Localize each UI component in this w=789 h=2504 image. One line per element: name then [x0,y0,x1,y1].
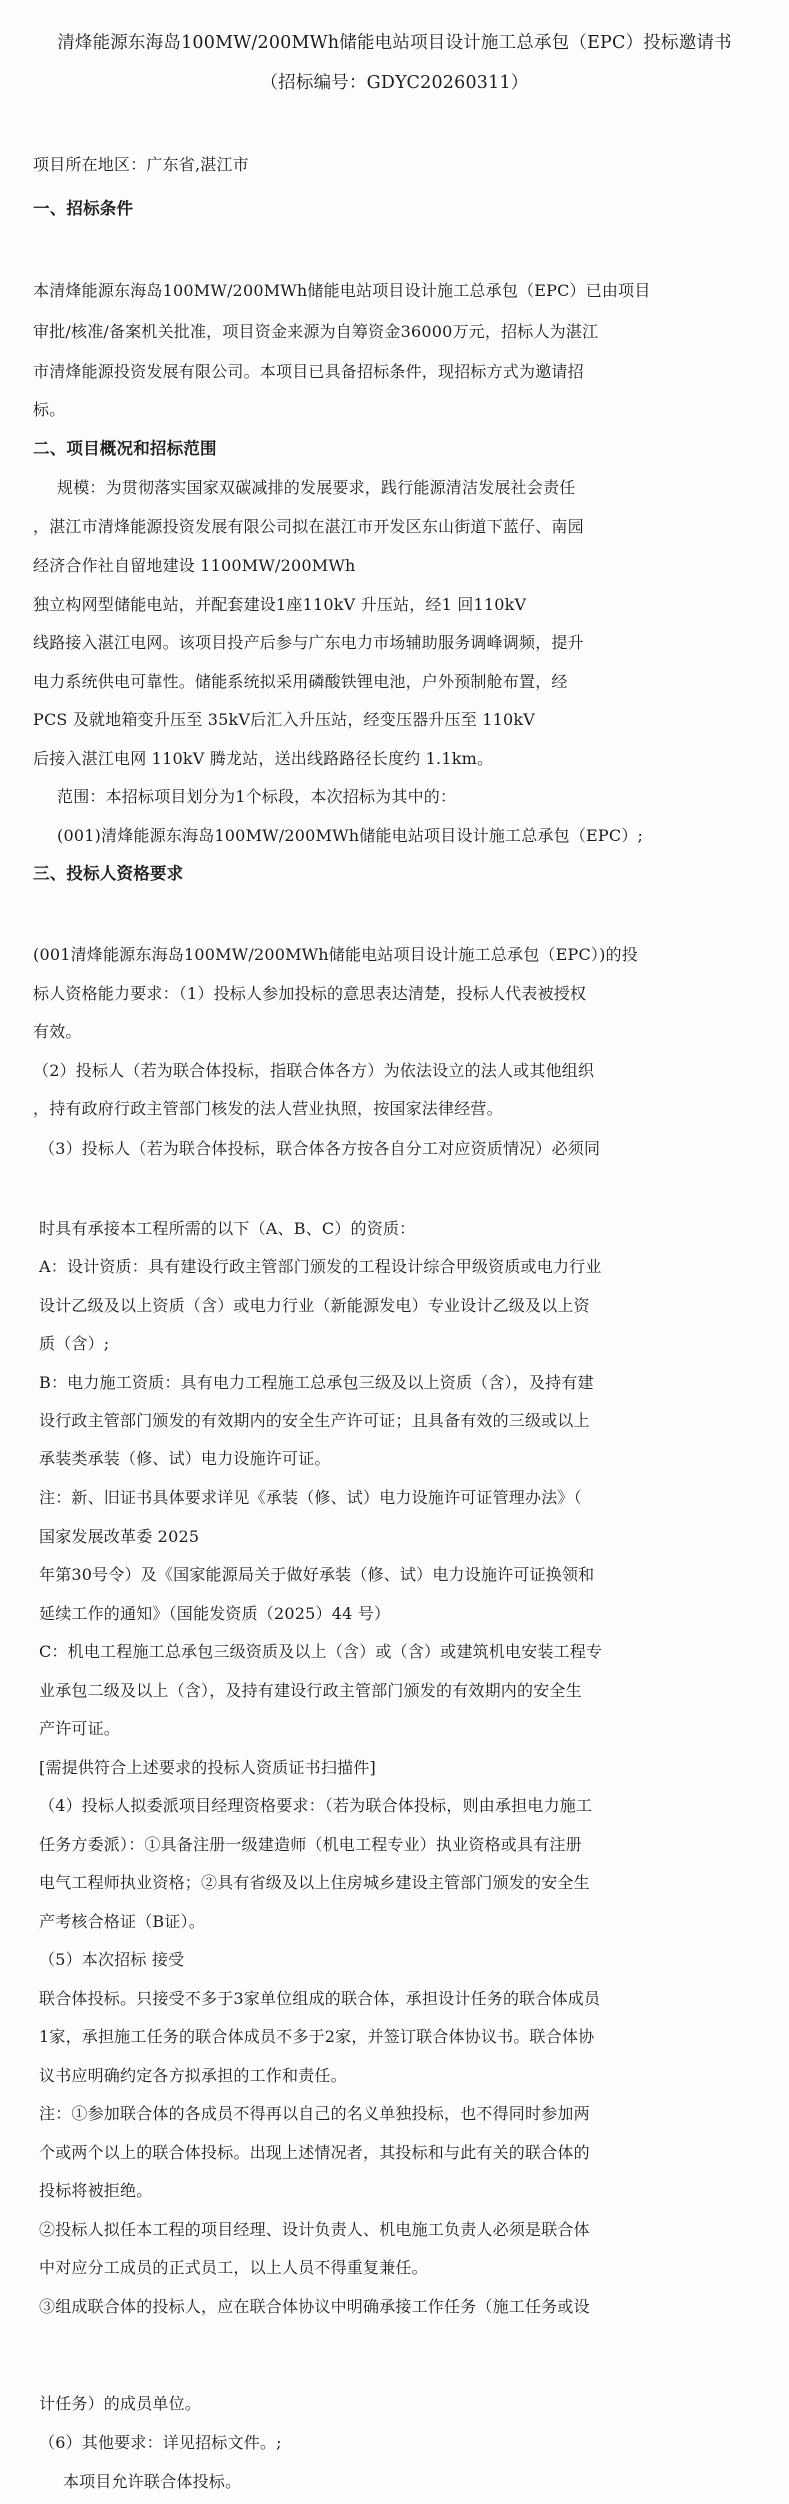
paragraph-line: 延续工作的通知》（国能发资质（2025）44 号） [39,1603,390,1625]
paragraph-line: ③组成联合体的投标人，应在联合体协议中明确承接工作任务（施工任务或设 [39,2296,590,2318]
section-heading-bidder-qualifications: 三、投标人资格要求 [33,863,183,885]
paragraph-line: (001清烽能源东海岛100MW/200MWh储能电站项目设计施工总承包（EPC… [33,944,638,966]
paragraph-line: 计任务）的成员单位。 [39,2393,201,2415]
paragraph-line: 任务方委派）：①具备注册一级建造师（机电工程专业）执业资格或具有注册 [39,1834,582,1856]
paragraph-line: 设行政主管部门颁发的有效期内的安全生产许可证；且具备有效的三级或以上 [39,1410,590,1432]
paragraph-line: 投标将被拒绝。 [39,2180,152,2202]
paragraph-line: 注：①参加联合体的各成员不得再以自己的名义单独投标，也不得同时参加两 [39,2103,590,2125]
paragraph-line: 时具有承接本工程所需的以下（A、B、C）的资质： [39,1218,415,1240]
paragraph-line: 议书应明确约定各方拟承担的工作和责任。 [39,2065,347,2087]
paragraph-line: 电气工程师执业资格；②具有省级及以上住房城乡建设主管部门颁发的安全生 [39,1872,590,1894]
paragraph-line: 电力系统供电可靠性。储能系统拟采用磷酸铁锂电池，户外预制舱布置，经 [33,671,568,693]
section-heading-project-overview: 二、项目概况和招标范围 [33,438,217,460]
paragraph-line: 业承包二级及以上（含），及持有建设行政主管部门颁发的有效期内的安全生 [39,1680,582,1702]
paragraph-line: 产考核合格证（B证）。 [39,1911,205,1933]
paragraph-line: A：设计资质：具有建设行政主管部门颁发的工程设计综合甲级资质或电力行业 [39,1256,602,1278]
paragraph-line: 标。 [33,399,65,421]
paragraph-line: 线路接入湛江电网。该项目投产后参与广东电力市场辅助服务调峰调频，提升 [33,632,584,654]
paragraph-line: （3）投标人（若为联合体投标，联合体各方按各自分工对应资质情况）必须同 [39,1138,600,1160]
section-heading-bidding-conditions: 一、招标条件 [33,198,133,220]
paragraph-line: 后接入湛江电网 110kV 腾龙站，送出线路路径长度约 1.1km。 [33,748,493,770]
paragraph-line: 范围：本招标项目划分为1个标段，本次招标为其中的： [57,786,456,808]
paragraph-line: 规模：为贯彻落实国家双碳减排的发展要求，践行能源清洁发展社会责任 [57,477,575,499]
paragraph-line: ，持有政府行政主管部门核发的法人营业执照，按国家法律经营。 [33,1098,503,1120]
paragraph-line: 市清烽能源投资发展有限公司。本项目已具备招标条件，现招标方式为邀请招 [33,361,584,383]
paragraph-line: 中对应分工成员的正式员工，以上人员不得重复兼任。 [39,2257,428,2279]
paragraph-line: 经济合作社自留地建设 1100MW/200MWh [33,555,356,577]
paragraph-line: 注：新、旧证书具体要求详见《承装（修、试）电力设施许可证管理办法》（ [39,1487,582,1509]
paragraph-line: 审批/核准/备案机关批准，项目资金来源为自筹资金36000万元，招标人为湛江 [33,321,598,343]
paragraph-line: 标人资格能力要求：（1）投标人参加投标的意思表达清楚，投标人代表被授权 [33,983,586,1005]
paragraph-line: PCS 及就地箱变升压至 35kV后汇入升压站，经变压器升压至 110kV [33,709,535,731]
paragraph-line: ，湛江市清烽能源投资发展有限公司拟在湛江市开发区东山街道下蓝仔、南园 [33,516,584,538]
paragraph-line: 设计乙级及以上资质（含）或电力行业（新能源发电）专业设计乙级及以上资 [39,1295,590,1317]
project-region: 项目所在地区：广东省,湛江市 [33,154,249,176]
paragraph-line: （6）其他要求：详见招标文件。; [39,2432,282,2454]
paragraph-line: 1家，承担施工任务的联合体成员不多于2家，并签订联合体协议书。联合体协 [39,2026,594,2048]
paragraph-line: 承装类承装（修、试）电力设施许可证。 [39,1448,331,1470]
paragraph-line: （5）本次招标 接受 [39,1949,184,1971]
bid-number: （招标编号：GDYC20260311） [0,72,789,94]
paragraph-line: 独立构网型储能电站，并配套建设1座110kV 升压站，经1 回110kV [33,594,526,616]
paragraph-line: C：机电工程施工总承包三级资质及以上（含）或（含）或建筑机电安装工程专 [39,1641,602,1663]
document-title: 清烽能源东海岛100MW/200MWh储能电站项目设计施工总承包（EPC）投标邀… [0,32,789,54]
paragraph-line: （2）投标人（若为联合体投标，指联合体各方）为依法设立的法人或其他组织 [33,1060,594,1082]
paragraph-line: 国家发展改革委 2025 [39,1526,199,1548]
paragraph-line: 本项目允许联合体投标。 [63,2471,241,2493]
paragraph-line: 年第30号令）及《国家能源局关于做好承装（修、试）电力设施许可证换领和 [39,1564,594,1586]
paragraph-line: （4）投标人拟委派项目经理资格要求：（若为联合体投标，则由承担电力施工 [39,1795,592,1817]
paragraph-line: 本清烽能源东海岛100MW/200MWh储能电站项目设计施工总承包（EPC）已由… [33,280,651,302]
paragraph-line: (001)清烽能源东海岛100MW/200MWh储能电站项目设计施工总承包（EP… [57,825,643,847]
paragraph-line: 产许可证。 [39,1718,120,1740]
paragraph-line: 个或两个以上的联合体投标。出现上述情况者，其投标和与此有关的联合体的 [39,2142,590,2164]
paragraph-line: B：电力施工资质：具有电力工程施工总承包三级及以上资质（含），及持有建 [39,1372,594,1394]
paragraph-line: ②投标人拟任本工程的项目经理、设计负责人、机电施工负责人必须是联合体 [39,2219,590,2241]
paragraph-line: [需提供符合上述要求的投标人资质证书扫描件] [39,1757,376,1779]
paragraph-line: 联合体投标。只接受不多于3家单位组成的联合体，承担设计任务的联合体成员 [39,1988,600,2010]
paragraph-line: 质（含）; [39,1333,109,1355]
scanned-document-page: 清烽能源东海岛100MW/200MWh储能电站项目设计施工总承包（EPC）投标邀… [0,0,789,2504]
paragraph-line: 有效。 [33,1021,82,1043]
